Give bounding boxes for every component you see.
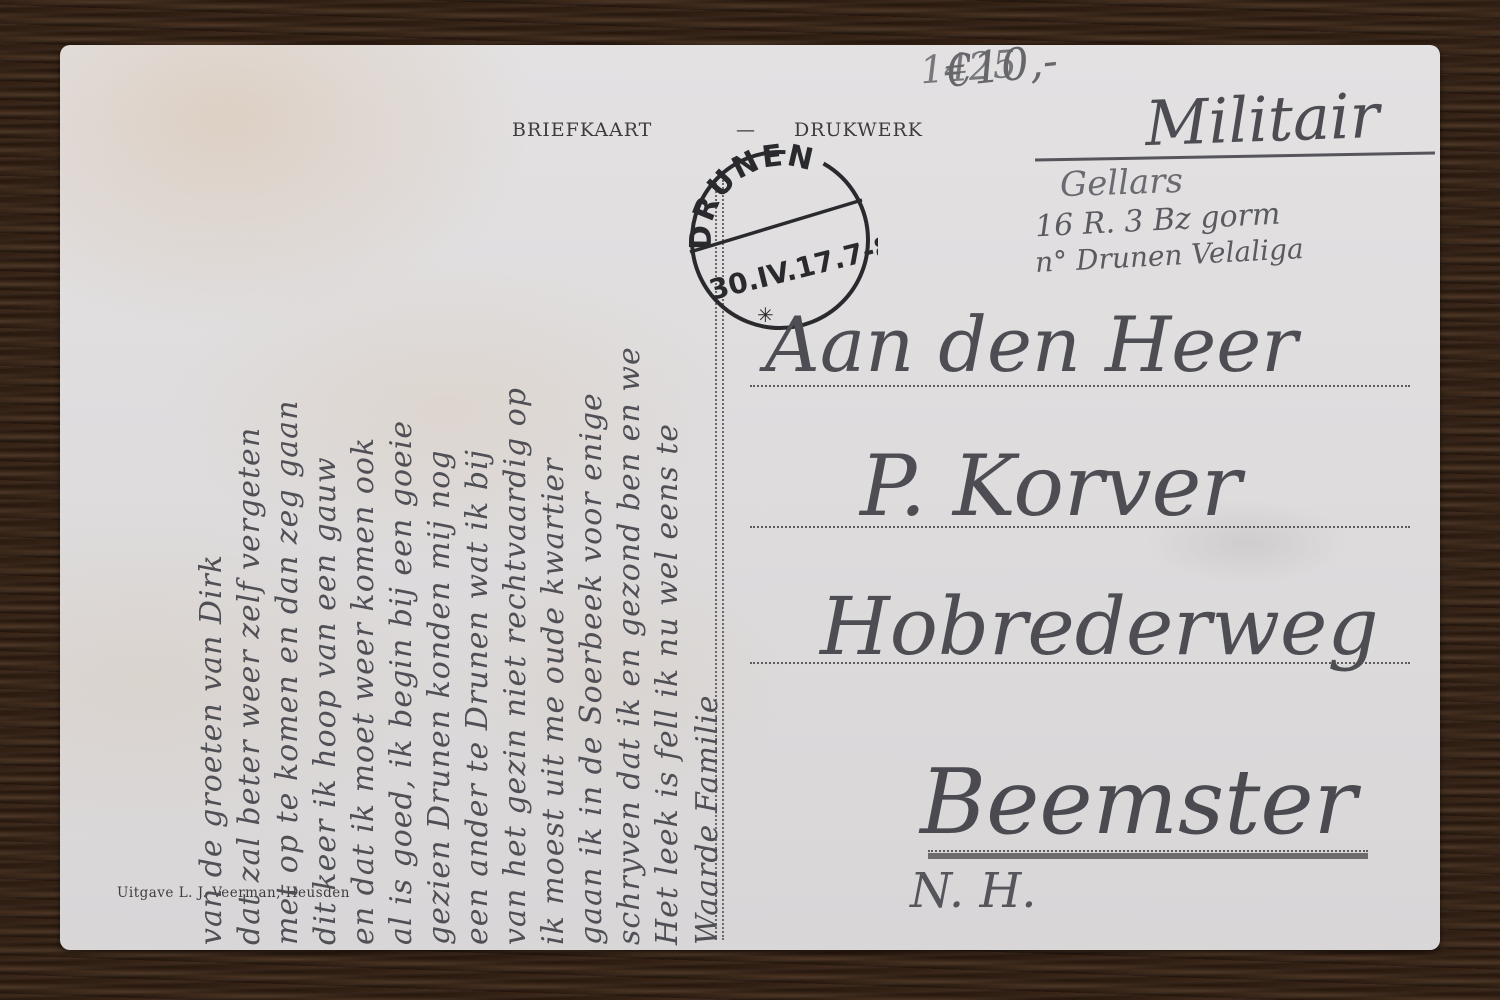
address-name: P. Korver — [860, 437, 1241, 535]
address-street: Hobrederweg — [820, 580, 1379, 673]
message-line: Het leek is fell ik nu wel eens te — [650, 423, 685, 945]
message-line: van de groeten van Dirk — [194, 554, 229, 945]
message-line: Waarde Familie — [690, 695, 725, 945]
message-line: een ander te Drunen wat ik bij — [460, 449, 495, 945]
message-line: schryven dat ik en gezond ben en we — [612, 346, 647, 945]
address-region: N. H. — [910, 863, 1037, 919]
message-line: dit keer ik hoop van een gauw — [308, 456, 343, 945]
message-line: van het gezin niet rechtvaardig op — [498, 387, 533, 945]
message-line: al is goed, ik begin bij een goeie — [384, 420, 419, 945]
address-salutation: Aan den Heer — [765, 300, 1298, 389]
sender-line-2: Gellars — [1059, 161, 1183, 205]
message-line: dat zal beter weer zelf vergeten — [232, 427, 267, 945]
postcard: BRIEFKAART — DRUKWERK Uitgave L. J. Veer… — [60, 45, 1440, 950]
price-note: €10,- — [943, 35, 1061, 98]
message-line: gaan ik in de Soerbeek voor enige — [574, 392, 609, 945]
message-line: en dat ik moet weer komen ook — [346, 437, 381, 945]
message-line: ik moest uit me oude kwartier — [536, 457, 571, 945]
sender-military: Militair — [1144, 79, 1381, 160]
postmark-date: 30.IV.17.7-8V — [706, 224, 878, 307]
header-dash: — — [736, 119, 756, 141]
header-drukwerk: DRUKWERK — [794, 119, 923, 141]
address-town: Beemster — [920, 750, 1357, 855]
handwritten-message: Waarde Familie Het leek is fell ik nu we… — [100, 75, 630, 955]
message-line: met op te komen en dan zeg gaan — [270, 400, 305, 945]
message-line: gezien Drunen konden mij nog — [422, 450, 457, 945]
